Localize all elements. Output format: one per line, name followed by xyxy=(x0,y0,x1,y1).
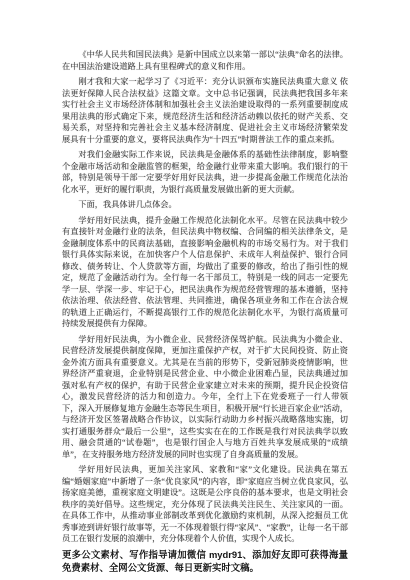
paragraph: 学好用好民法典，更加关注家风、家教和“家”文化建设。民法典在第五编“婚姻家庭”中… xyxy=(62,464,348,545)
document-page: 《中华人民共和国民法典》是新中国成立以来第一部以“法典”命名的法律。在中国法治建… xyxy=(0,0,410,580)
paragraph: 刚才我和大家一起学习了《习近平：充分认识颁布实施民法典重大意义 依法更好保障人民… xyxy=(62,76,348,145)
paragraph: 学好用好民法典，提升金融工作规范化法制化水平。尽管在民法典中较少有直接针对金融行… xyxy=(62,215,348,330)
footer-promo-note: 更多公文素材、写作指导请加微信 mydr91、添加好友即可获得海量免费素材、全网… xyxy=(62,548,348,574)
paragraph: 下面，我具体讲几点体会。 xyxy=(62,199,348,211)
document-content: 《中华人民共和国民法典》是新中国成立以来第一部以“法典”命名的法律。在中国法治建… xyxy=(62,49,348,574)
paragraph: 学好用好民法典，为小微企业、民营经济保驾护航。民法典为小微企业、民营经济发展提供… xyxy=(62,334,348,461)
paragraph-list: 《中华人民共和国民法典》是新中国成立以来第一部以“法典”命名的法律。在中国法治建… xyxy=(62,49,348,545)
paragraph: 对我们金融实际工作来说，民法典是金融体系的基础性法律制度，影响整个金融市场活动和… xyxy=(62,149,348,195)
paragraph: 《中华人民共和国民法典》是新中国成立以来第一部以“法典”命名的法律。在中国法治建… xyxy=(62,49,348,72)
